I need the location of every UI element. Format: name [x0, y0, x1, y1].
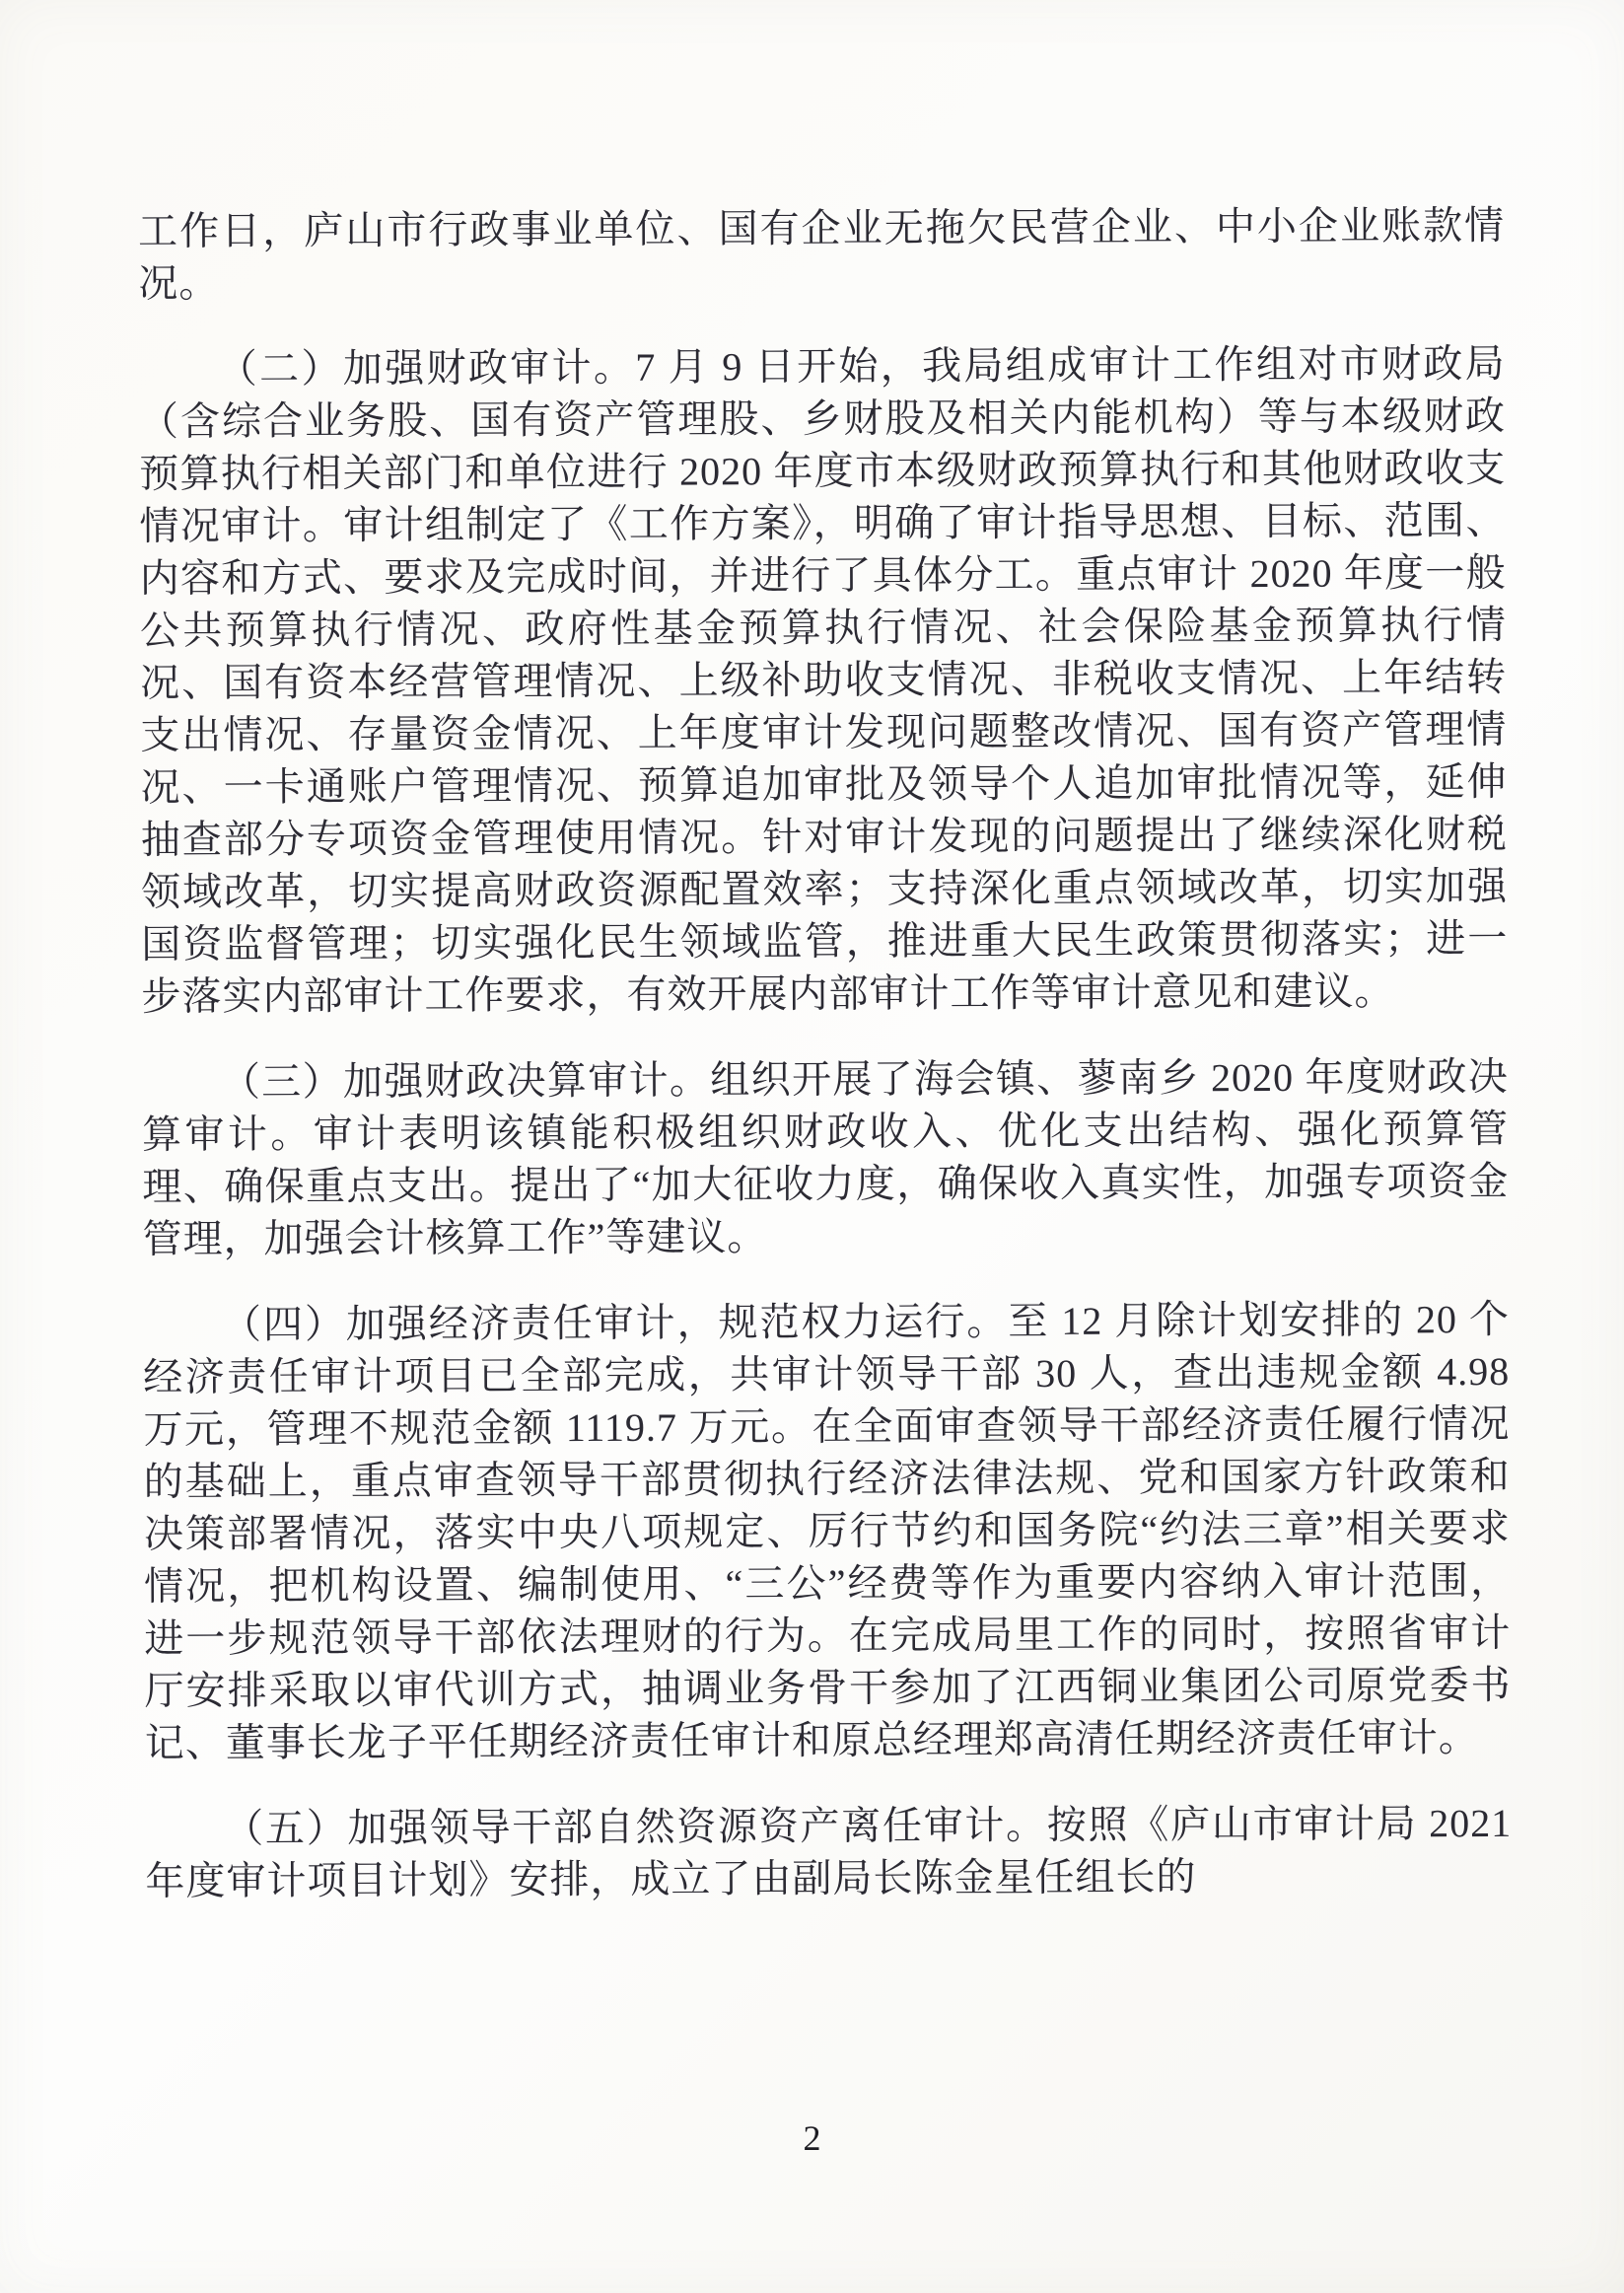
paragraph-continuation: 工作日，庐山市行政事业单位、国有企业无拖欠民营企业、中小企业账款情况。	[138, 199, 1505, 310]
paragraph-section-4-economic-responsibility-audit: （四）加强经济责任审计，规范权力运行。至 12 月除计划安排的 20 个经济责任…	[143, 1293, 1512, 1769]
page-number: 2	[0, 2118, 1624, 2158]
paragraph-section-5-natural-resources-audit: （五）加强领导干部自然资源资产离任审计。按照《庐山市审计局 2021 年度审计项…	[145, 1797, 1512, 1907]
document-body: 工作日，庐山市行政事业单位、国有企业无拖欠民营企业、中小企业账款情况。 （二）加…	[138, 199, 1513, 1941]
paragraph-section-3-final-accounts-audit: （三）加强财政决算审计。组织开展了海会镇、蓼南乡 2020 年度财政决算审计。审…	[142, 1050, 1510, 1265]
paragraph-section-2-fiscal-audit: （二）加强财政审计。7 月 9 日开始，我局组成审计工作组对市财政局（含综合业务…	[139, 337, 1509, 1023]
document-page: 工作日，庐山市行政事业单位、国有企业无拖欠民营企业、中小企业账款情况。 （二）加…	[0, 0, 1624, 2293]
